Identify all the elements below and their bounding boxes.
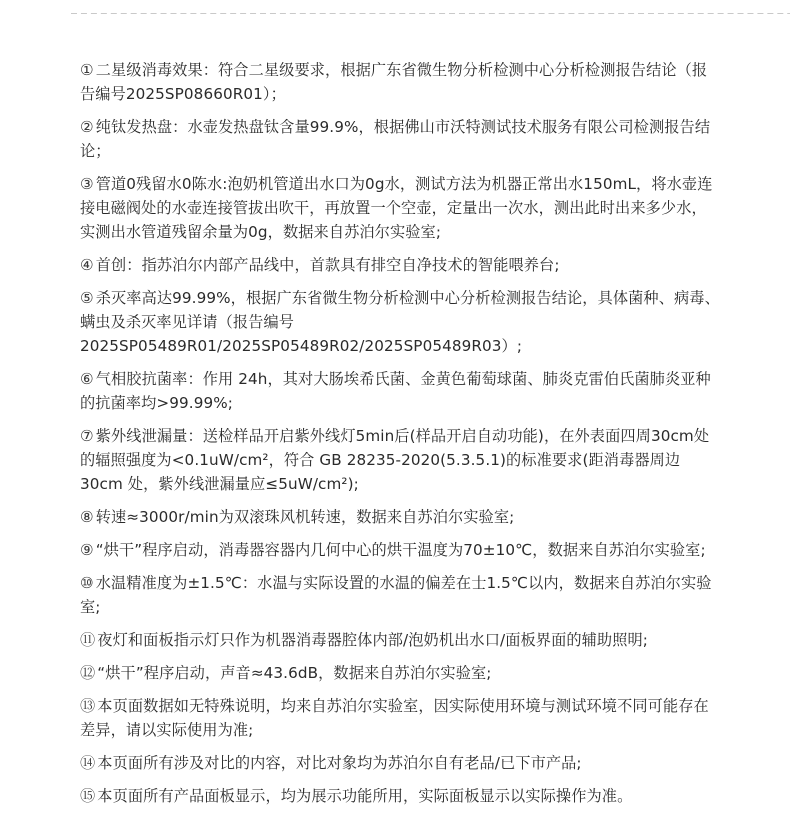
footnote-10: ⑩水温精准度为±1.5℃：水温与实际设置的水温的偏差在士1.5℃以内，数据来自苏… bbox=[80, 571, 720, 619]
footnote-13: ⑬本页面数据如无特殊说明，均来自苏泊尔实验室，因实际使用环境与测试环境不同可能存… bbox=[80, 694, 720, 742]
footnote-number: ⑤ bbox=[80, 289, 94, 307]
footnote-number: ⑬ bbox=[80, 697, 95, 715]
footnote-text: 本页面数据如无特殊说明，均来自苏泊尔实验室，因实际使用环境与测试环境不同可能存在… bbox=[80, 697, 709, 739]
footnote-number: ⑫ bbox=[80, 664, 95, 682]
footnote-text: 转速≈3000r/min为双滚珠风机转速，数据来自苏泊尔实验室; bbox=[96, 508, 515, 526]
footnote-12: ⑫“烘干”程序启动，声音≈43.6dB，数据来自苏泊尔实验室; bbox=[80, 661, 720, 685]
footnote-4: ④首创：指苏泊尔内部产品线中，首款具有排空自净技术的智能喂养台; bbox=[80, 253, 720, 277]
footnote-text: 水温精准度为±1.5℃：水温与实际设置的水温的偏差在士1.5℃以内，数据来自苏泊… bbox=[80, 574, 712, 616]
footnote-5: ⑤杀灭率高达99.99%，根据广东省微生物分析检测中心分析检测报告结论，具体菌种… bbox=[80, 286, 720, 358]
footnote-1: ①二星级消毒效果：符合二星级要求，根据广东省微生物分析检测中心分析检测报告结论（… bbox=[80, 58, 720, 106]
footnote-2: ②纯钛发热盘：水壶发热盘钛含量99.9%，根据佛山市沃特测试技术服务有限公司检测… bbox=[80, 115, 720, 163]
footnote-text: “烘干”程序启动，声音≈43.6dB，数据来自苏泊尔实验室; bbox=[97, 664, 491, 682]
footnote-number: ⑦ bbox=[80, 427, 94, 445]
footnote-14: ⑭本页面所有涉及对比的内容，对比对象均为苏泊尔自有老品/已下市产品; bbox=[80, 751, 720, 775]
footnote-text: 首创：指苏泊尔内部产品线中，首款具有排空自净技术的智能喂养台; bbox=[96, 256, 560, 274]
footnote-number: ④ bbox=[80, 256, 94, 274]
footnote-text: 紫外线泄漏量：送检样品开启紫外线灯5min后(样品开启自动功能)，在外表面四周3… bbox=[80, 427, 709, 493]
footnote-text: 气相胶抗菌率：作用 24h，其对大肠埃希氏菌、金黄色葡萄球菌、肺炎克雷伯氏菌肺炎… bbox=[80, 370, 711, 412]
footnote-number: ② bbox=[80, 118, 94, 136]
footnote-text: 本页面所有涉及对比的内容，对比对象均为苏泊尔自有老品/已下市产品; bbox=[97, 754, 581, 772]
footnote-number: ⑨ bbox=[80, 541, 94, 559]
footnote-11: ⑪夜灯和面板指示灯只作为机器消毒器腔体内部/泡奶机出水口/面板界面的辅助照明; bbox=[80, 628, 720, 652]
footnote-text: 管道0残留水0陈水:泡奶机管道出水口为0g水，测试方法为机器正常出水150mL，… bbox=[80, 175, 712, 241]
footnote-text: 纯钛发热盘：水壶发热盘钛含量99.9%，根据佛山市沃特测试技术服务有限公司检测报… bbox=[80, 118, 710, 160]
footnote-text: 本页面所有产品面板显示，均为展示功能所用，实际面板显示以实际操作为准。 bbox=[97, 787, 632, 805]
footnote-15: ⑮本页面所有产品面板显示，均为展示功能所用，实际面板显示以实际操作为准。 bbox=[80, 784, 720, 808]
footnote-number: ⑮ bbox=[80, 787, 95, 805]
footnote-text: 夜灯和面板指示灯只作为机器消毒器腔体内部/泡奶机出水口/面板界面的辅助照明; bbox=[97, 631, 648, 649]
footnote-9: ⑨“烘干”程序启动，消毒器容器内几何中心的烘干温度为70±10℃，数据来自苏泊尔… bbox=[80, 538, 720, 562]
footnotes-list: ①二星级消毒效果：符合二星级要求，根据广东省微生物分析检测中心分析检测报告结论（… bbox=[80, 58, 720, 817]
footnote-text: 杀灭率高达99.99%，根据广东省微生物分析检测中心分析检测报告结论，具体菌种、… bbox=[80, 289, 720, 355]
footnote-number: ⑧ bbox=[80, 508, 94, 526]
footnote-3: ③管道0残留水0陈水:泡奶机管道出水口为0g水，测试方法为机器正常出水150mL… bbox=[80, 172, 720, 244]
footnote-text: 二星级消毒效果：符合二星级要求，根据广东省微生物分析检测中心分析检测报告结论（报… bbox=[80, 61, 707, 103]
footnote-number: ③ bbox=[80, 175, 94, 193]
footnote-number: ⑪ bbox=[80, 631, 95, 649]
footnote-8: ⑧转速≈3000r/min为双滚珠风机转速，数据来自苏泊尔实验室; bbox=[80, 505, 720, 529]
footnote-6: ⑥气相胶抗菌率：作用 24h，其对大肠埃希氏菌、金黄色葡萄球菌、肺炎克雷伯氏菌肺… bbox=[80, 367, 720, 415]
dashed-divider bbox=[71, 13, 790, 14]
footnote-number: ⑥ bbox=[80, 370, 94, 388]
footnote-7: ⑦紫外线泄漏量：送检样品开启紫外线灯5min后(样品开启自动功能)，在外表面四周… bbox=[80, 424, 720, 496]
footnote-number: ⑭ bbox=[80, 754, 95, 772]
footnote-number: ⑩ bbox=[80, 574, 94, 592]
footnote-number: ① bbox=[80, 61, 94, 79]
footnote-text: “烘干”程序启动，消毒器容器内几何中心的烘干温度为70±10℃，数据来自苏泊尔实… bbox=[96, 541, 706, 559]
